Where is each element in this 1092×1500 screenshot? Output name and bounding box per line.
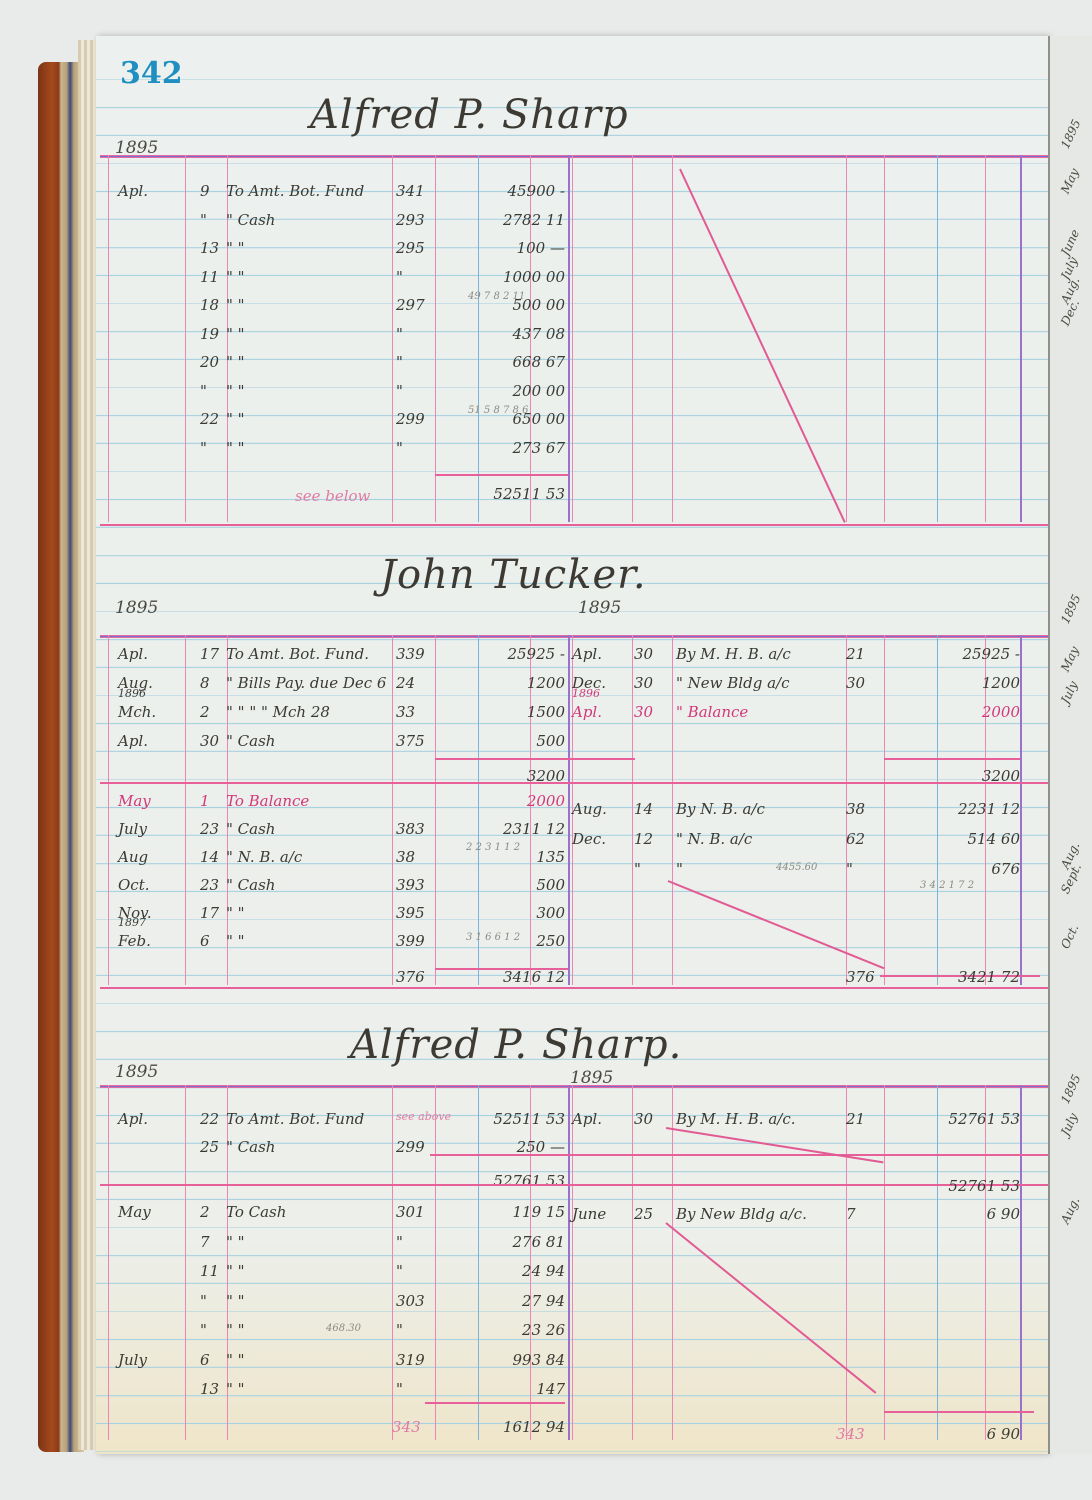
debit-row-folio: 293: [396, 211, 425, 239]
debit-row-amount: 23 26: [445, 1321, 565, 1349]
credit-row-item: " New Bldg a/c: [676, 674, 789, 702]
debit-row-item: " ": [226, 296, 245, 324]
credit-row-amount: 1200: [900, 674, 1020, 702]
credit-row-item: By New Bldg a/c.: [676, 1205, 807, 1233]
debit-year: 1895: [115, 1062, 158, 1082]
column-rule: [185, 155, 186, 522]
column-rule: [672, 155, 673, 522]
debit-row-folio: 33: [396, 703, 415, 731]
debit-row-folio: 301: [396, 1203, 425, 1231]
debit-row-day: 11: [200, 1262, 219, 1290]
total-rule: [435, 474, 568, 476]
debit-row-folio: 38: [396, 848, 415, 876]
debit-row-day: 11: [200, 268, 219, 296]
debit-total-folio: 343: [392, 1418, 421, 1446]
debit-row-day: 23: [200, 876, 219, 904]
debit-row-day: 20: [200, 353, 219, 381]
section-top-rule: [100, 155, 1048, 158]
debit-row-month: Apl.: [118, 1110, 148, 1138]
column-rule: [568, 1085, 570, 1440]
margin-note: 1895: [1058, 592, 1084, 626]
debit-row-folio: 393: [396, 876, 425, 904]
debit-row-item: To Amt. Bot. Fund: [226, 182, 364, 210]
debit-row-folio: 319: [396, 1351, 425, 1379]
section-top-rule: [100, 635, 1048, 638]
debit-row-folio: see above: [396, 1110, 451, 1138]
debit-row-amount: 119 15: [445, 1203, 565, 1231]
column-rule: [1020, 635, 1022, 985]
debit-row-amount: 2000: [445, 792, 565, 820]
total-rule: [884, 1411, 1034, 1413]
debit-row-item: " ": [226, 1262, 245, 1290]
total-rule: [425, 1402, 565, 1404]
debit-row-item: " N. B. a/c: [226, 848, 302, 876]
debit-row-folio: 383: [396, 820, 425, 848]
debit-row-month: May: [118, 1203, 151, 1231]
credit-row-day: 30: [634, 703, 653, 731]
debit-row-amount: 300: [445, 904, 565, 932]
debit-row-folio: 299: [396, 410, 425, 438]
debit-row-amount: 52511 53: [445, 1110, 565, 1138]
debit-row-month: July: [118, 820, 147, 848]
margin-note: Aug.: [1058, 1195, 1082, 1226]
debit-row-amount: 993 84: [445, 1351, 565, 1379]
debit-row-amount: 1500: [445, 703, 565, 731]
credit-row-item: " N. B. a/c: [676, 830, 752, 858]
column-rule: [435, 155, 436, 522]
debit-row-folio: ": [396, 382, 403, 410]
debit-row-folio: 299: [396, 1138, 425, 1166]
debit-row-item: " ": [226, 353, 245, 381]
column-rule: [108, 1085, 109, 1440]
debit-row-folio: 395: [396, 904, 425, 932]
debit-row-item: To Balance: [226, 792, 309, 820]
debit-row-item: " ": [226, 382, 245, 410]
ledger-page: 342 Alfred P. Sharp1895Apl.9To Amt. Bot.…: [96, 36, 1048, 1454]
column-rule: [985, 155, 986, 522]
debit-row-day: 2: [200, 703, 210, 731]
credit-row-day: 12: [634, 830, 653, 858]
credit-row-day: 30: [634, 674, 653, 702]
debit-row-item: " ": [226, 410, 245, 438]
debit-row-folio: ": [396, 1233, 403, 1261]
debit-row-folio: 399: [396, 932, 425, 960]
credit-row-folio: 21: [846, 1110, 865, 1138]
debit-row-folio: 375: [396, 732, 425, 760]
debit-row-day: 2: [200, 1203, 210, 1231]
column-rule: [632, 1085, 633, 1440]
debit-row-item: To Cash: [226, 1203, 286, 1231]
debit-row-amount: 668 67: [445, 353, 565, 381]
credit-row-day: 14: [634, 800, 653, 828]
margin-note: May: [1058, 166, 1082, 196]
credit-total: 6 90: [900, 1425, 1020, 1453]
column-rule: [846, 155, 847, 522]
debit-total: 52511 53: [445, 485, 565, 513]
debit-row-day: 17: [200, 645, 219, 673]
credit-row-month: Apl.: [572, 1110, 602, 1138]
debit-row-pencil-note: 468.30: [326, 1323, 361, 1351]
credit-total: 3421 72: [900, 968, 1020, 996]
account-title: Alfred P. Sharp.: [350, 1022, 682, 1068]
debit-row-item: " Cash: [226, 876, 275, 904]
debit-row-amount: 2782 11: [445, 211, 565, 239]
debit-row-amount: 25925 -: [445, 645, 565, 673]
debit-row-day: ": [200, 211, 207, 239]
column-rule: [392, 1085, 393, 1440]
debit-row-folio: 341: [396, 182, 425, 210]
page-number: 342: [120, 56, 183, 91]
column-rule: [392, 155, 393, 522]
credit-row-month: June: [572, 1205, 606, 1233]
debit-row-day: 8: [200, 674, 210, 702]
column-rule: [937, 155, 938, 522]
credit-total-folio: 343: [836, 1425, 865, 1453]
debit-row-amount: 500: [445, 732, 565, 760]
column-rule: [185, 1085, 186, 1440]
debit-row-folio: ": [396, 1380, 403, 1408]
debit-row-day: 14: [200, 848, 219, 876]
credit-row-folio: 38: [846, 800, 865, 828]
column-rule: [884, 155, 885, 522]
credit-subtotal: 3200: [900, 767, 1020, 795]
debit-row-day: ": [200, 382, 207, 410]
column-rule: [568, 635, 570, 985]
credit-row-amount: 2231 12: [900, 800, 1020, 828]
credit-row-month: Apl.: [572, 645, 602, 673]
credit-row-amount: 6 90: [900, 1205, 1020, 1233]
credit-subtotal: 52761 53: [900, 1177, 1020, 1205]
credit-row-amount: 52761 53: [900, 1110, 1020, 1138]
credit-total-folio: 376: [846, 968, 875, 996]
debit-row-item: " Cash: [226, 1138, 275, 1166]
debit-row-amount: 437 08: [445, 325, 565, 353]
credit-row-pencil-note: 4455.60: [776, 862, 817, 890]
debit-row-folio: ": [396, 268, 403, 296]
debit-row-day: 30: [200, 732, 219, 760]
margin-note: July: [1058, 679, 1080, 706]
debit-row-folio: 297: [396, 296, 425, 324]
column-rule: [572, 1085, 573, 1440]
credit-row-day: ": [634, 860, 641, 888]
debit-row-folio: ": [396, 325, 403, 353]
debit-row-day: 13: [200, 239, 219, 267]
credit-row-item: " Balance: [676, 703, 748, 731]
debit-row-item: " Cash: [226, 820, 275, 848]
debit-row-day: 6: [200, 932, 210, 960]
debit-row-item: " ": [226, 904, 245, 932]
credit-row-item: By N. B. a/c: [676, 800, 765, 828]
debit-row-folio: ": [396, 439, 403, 467]
section-bottom-rule: [100, 524, 1048, 526]
debit-row-day: 7: [200, 1233, 210, 1261]
debit-row-day: ": [200, 439, 207, 467]
debit-row-item: " ": [226, 439, 245, 467]
column-rule: [632, 155, 633, 522]
debit-row-item: " Bills Pay. due Dec 6: [226, 674, 386, 702]
column-rule: [435, 635, 436, 985]
debit-row-day: 9: [200, 182, 210, 210]
debit-row-folio: ": [396, 353, 403, 381]
debit-row-day: 19: [200, 325, 219, 353]
debit-row-amount: 273 67: [445, 439, 565, 467]
debit-row-day: 6: [200, 1351, 210, 1379]
debit-row-item: " ": [226, 1351, 245, 1379]
debit-row-day: 25: [200, 1138, 219, 1166]
debit-row-amount: 500: [445, 876, 565, 904]
debit-row-day: 23: [200, 820, 219, 848]
debit-row-amount: 250 —: [445, 1138, 565, 1166]
debit-row-month: Apl.: [118, 182, 148, 210]
next-page-edge: 1895MayJuneJulyAug.Dec.1895MayJulyAug.Se…: [1048, 36, 1092, 1454]
column-rule: [1020, 155, 1022, 522]
credit-row-amount: 25925 -: [900, 645, 1020, 673]
debit-row-item: " ": [226, 325, 245, 353]
margin-note: May: [1058, 644, 1082, 674]
credit-row-item: By M. H. B. a/c: [676, 645, 791, 673]
margin-note: 1895: [1058, 117, 1084, 151]
credit-row-day: 30: [634, 645, 653, 673]
debit-row-item: " ": [226, 1292, 245, 1320]
column-rule: [108, 635, 109, 985]
column-rule: [435, 1085, 436, 1440]
debit-row-folio: 303: [396, 1292, 425, 1320]
credit-row-day: 30: [634, 1110, 653, 1138]
pencil-note: 2 2 3 1 1 2: [466, 842, 520, 870]
margin-note: Oct.: [1058, 922, 1081, 951]
debit-row-month: Aug: [118, 848, 148, 876]
debit-year: 1895: [115, 598, 158, 618]
debit-row-folio: 295: [396, 239, 425, 267]
debit-total-folio: 376: [396, 968, 425, 996]
debit-row-day: 18: [200, 296, 219, 324]
debit-total: 3416 12: [445, 968, 565, 996]
debit-subtotal: 52761 53: [445, 1172, 565, 1200]
credit-row-day: 25: [634, 1205, 653, 1233]
debit-row-month: Apl.: [118, 645, 148, 673]
debit-row-folio: 24: [396, 674, 415, 702]
debit-note: see below: [295, 487, 370, 515]
debit-row-folio: 339: [396, 645, 425, 673]
column-rule: [985, 1085, 986, 1440]
debit-row-item: " " " " Mch 28: [226, 703, 330, 731]
debit-row-amount: 100 —: [445, 239, 565, 267]
debit-row-day: ": [200, 1321, 207, 1349]
margin-note: July: [1058, 1111, 1080, 1138]
column-rule: [937, 1085, 938, 1440]
debit-row-day: 13: [200, 1380, 219, 1408]
pencil-note: 3 4 2 1 7 2: [920, 880, 974, 908]
column-rule: [108, 155, 109, 522]
column-rule: [846, 1085, 847, 1440]
debit-row-day: 17: [200, 904, 219, 932]
debit-row-folio: ": [396, 1262, 403, 1290]
debit-row-day: 1: [200, 792, 210, 820]
debit-row-folio: ": [396, 1321, 403, 1349]
column-rule: [572, 155, 573, 522]
credit-row-month: Dec.: [572, 830, 606, 858]
debit-row-amount: 1200: [445, 674, 565, 702]
debit-row-item: " ": [226, 268, 245, 296]
credit-row-month: Aug.: [572, 800, 607, 828]
debit-row-item: " ": [226, 1233, 245, 1261]
credit-row-amount: 2000: [900, 703, 1020, 731]
debit-row-item: " ": [226, 932, 245, 960]
debit-row-month: May: [118, 792, 151, 820]
debit-year: 1895: [115, 138, 158, 158]
debit-row-day: 22: [200, 410, 219, 438]
pencil-note: 3 1 6 6 1 2: [466, 932, 520, 960]
debit-row-amount: 45900 -: [445, 182, 565, 210]
debit-row-item: To Amt. Bot. Fund: [226, 1110, 364, 1138]
credit-row-folio: 30: [846, 674, 865, 702]
credit-row-folio: 21: [846, 645, 865, 673]
column-rule: [632, 635, 633, 985]
debit-row-item: " Cash: [226, 211, 275, 239]
column-rule: [672, 635, 673, 985]
margin-note: 1895: [1058, 1072, 1084, 1106]
account-title: Alfred P. Sharp: [310, 92, 629, 138]
debit-row-day: 22: [200, 1110, 219, 1138]
credit-row-amount: 514 60: [900, 830, 1020, 858]
column-rule: [672, 1085, 673, 1440]
subtotal-rule: [430, 1154, 1048, 1156]
margin-note: June: [1058, 227, 1082, 258]
debit-row-item: " ": [226, 239, 245, 267]
credit-year: 1895: [578, 598, 621, 618]
debit-row-month: Oct.: [118, 876, 150, 904]
debit-row-amount: 24 94: [445, 1262, 565, 1290]
credit-year: 1895: [570, 1068, 613, 1088]
debit-row-month: Feb.: [118, 932, 151, 960]
debit-row-amount: 27 94: [445, 1292, 565, 1320]
column-rule: [884, 1085, 885, 1440]
debit-row-amount: 276 81: [445, 1233, 565, 1261]
debit-row-item: " Cash: [226, 732, 275, 760]
debit-row-month: Mch.: [118, 703, 156, 731]
pencil-subtotal: 49 7 8 2 11: [468, 291, 525, 319]
account-title: John Tucker.: [380, 552, 647, 598]
pencil-subtotal: 51 5 8 7 8 6: [468, 405, 528, 433]
debit-row-month: Apl.: [118, 732, 148, 760]
credit-row-folio: 7: [846, 1205, 856, 1233]
credit-row-month: Apl.: [572, 703, 602, 731]
column-rule: [1020, 1085, 1022, 1440]
column-rule: [392, 635, 393, 985]
debit-row-item: " ": [226, 1321, 245, 1349]
credit-row-item: By M. H. B. a/c.: [676, 1110, 796, 1138]
credit-row-folio: 62: [846, 830, 865, 858]
debit-subtotal: 3200: [445, 767, 565, 795]
column-rule: [884, 635, 885, 985]
subtotal-rule: [435, 758, 635, 760]
debit-row-item: To Amt. Bot. Fund.: [226, 645, 369, 673]
credit-row-folio: ": [846, 860, 853, 888]
column-rule: [185, 635, 186, 985]
column-rule: [568, 155, 570, 522]
debit-total: 1612 94: [445, 1418, 565, 1446]
debit-row-item: " ": [226, 1380, 245, 1408]
subtotal-rule: [884, 758, 1020, 760]
debit-row-month: July: [118, 1351, 147, 1379]
debit-row-day: ": [200, 1292, 207, 1320]
